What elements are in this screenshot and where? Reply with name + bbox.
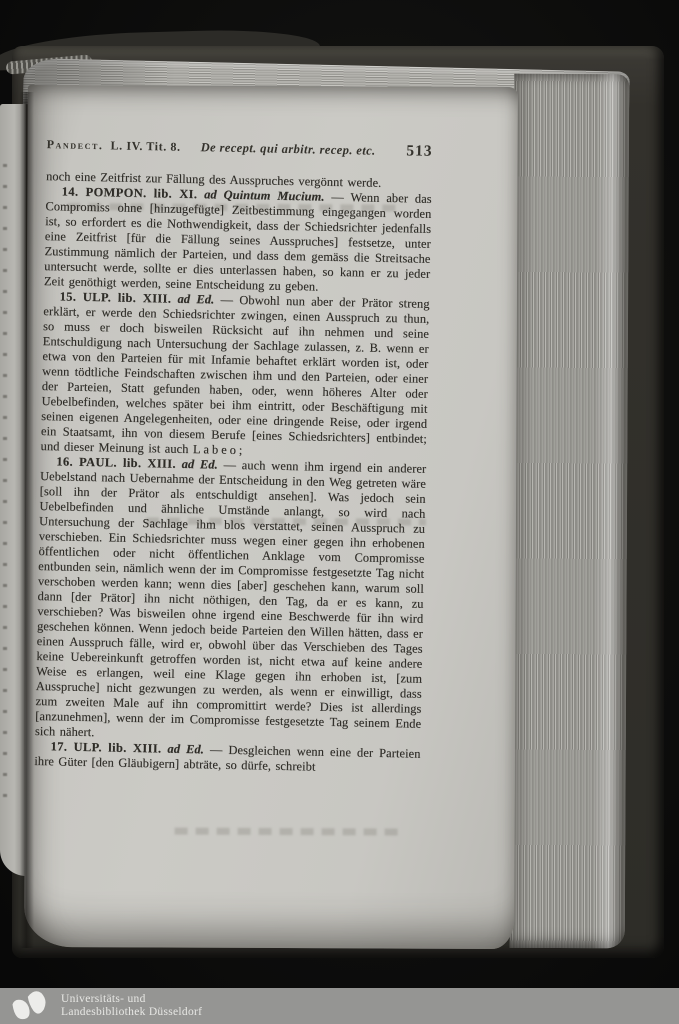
paragraph-ref: 15. ULP. lib. XIII. bbox=[60, 289, 172, 305]
facing-page-print-specks bbox=[3, 164, 7, 804]
library-name: Universitäts- und Landesbibliothek Düsse… bbox=[61, 993, 202, 1020]
paragraph-17: 17. ULP. lib. XIII. ad Ed. — Desgleichen… bbox=[34, 739, 421, 777]
library-watermark-bar: Universitäts- und Landesbibliothek Düsse… bbox=[0, 988, 679, 1024]
paragraph-body: — Wenn aber das Compromiss ohne [hinzuge… bbox=[44, 190, 432, 294]
paragraph-ref: 16. PAUL. lib. XIII. bbox=[56, 454, 176, 470]
paragraph-ref: 14. POMPON. lib. XI. bbox=[62, 184, 198, 201]
book-scan-photo: Pandect. L. IV. Tit. 8. De recept. qui a… bbox=[0, 0, 679, 1024]
running-head-series-rest: L. IV. Tit. 8. bbox=[110, 138, 180, 154]
paragraph-14: 14. POMPON. lib. XI. ad Quintum Mucium. … bbox=[44, 184, 432, 297]
paragraph-cite: ad Ed. bbox=[177, 292, 214, 307]
paragraph-15: 15. ULP. lib. XIII. ad Ed. — Obwohl nun … bbox=[40, 289, 429, 462]
paragraph-body-after-name: ; bbox=[239, 443, 243, 457]
fanned-page-edges-right bbox=[510, 74, 630, 949]
spaced-jurist-name: Labeo bbox=[193, 442, 239, 457]
page-content: Pandect. L. IV. Tit. 8. De recept. qui a… bbox=[11, 85, 518, 957]
paragraph-body: — Obwohl nun aber der Prätor streng erkl… bbox=[40, 293, 429, 456]
body-text: noch eine Zeitfrist zur Fällung des Auss… bbox=[34, 169, 432, 777]
scanned-page: Pandect. L. IV. Tit. 8. De recept. qui a… bbox=[24, 85, 518, 949]
paragraph-cite: ad Ed. bbox=[167, 742, 204, 757]
library-name-line2: Landesbibliothek Düsseldorf bbox=[61, 1006, 202, 1020]
paragraph-ref: 17. ULP. lib. XIII. bbox=[50, 739, 161, 755]
library-name-line1: Universitäts- und bbox=[61, 993, 202, 1007]
paragraph-cite: ad Quintum Mucium. bbox=[204, 187, 325, 203]
running-head-series: Pandect. bbox=[47, 137, 104, 153]
library-logo-icon bbox=[7, 989, 51, 1023]
running-head-latin-title: De recept. qui arbitr. recep. etc. bbox=[201, 140, 376, 159]
paragraph-body: — auch wenn ihm irgend ein anderer Uebel… bbox=[35, 458, 427, 739]
gutter-shadow bbox=[20, 92, 34, 948]
paragraph-cite: ad Ed. bbox=[182, 457, 218, 472]
running-head: Pandect. L. IV. Tit. 8. De recept. qui a… bbox=[47, 135, 433, 161]
page-number: 513 bbox=[406, 142, 433, 161]
paragraph-16: 16. PAUL. lib. XIII. ad Ed. — auch wenn … bbox=[35, 454, 427, 747]
